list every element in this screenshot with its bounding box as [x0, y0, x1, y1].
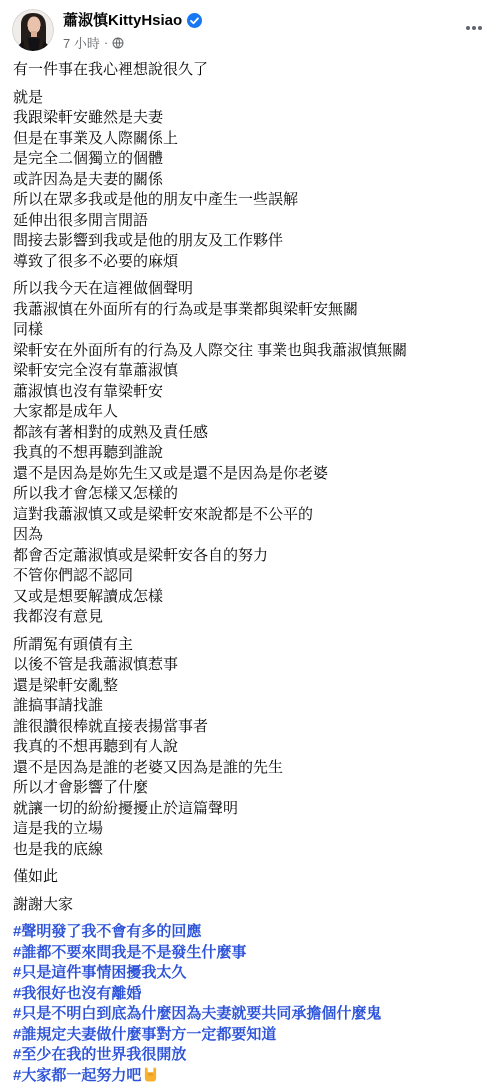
hashtag-link[interactable]: #誰規定夫妻做什麼事對方一定都要知道 [13, 1026, 276, 1043]
post-line: 間接去影響到我或是他的朋友及工作夥伴 [13, 231, 486, 252]
header-info: 蕭淑慎KittyHsiao 7 小時 · [63, 9, 202, 52]
sign-of-the-horns-icon [143, 1067, 158, 1082]
post-header: 蕭淑慎KittyHsiao 7 小時 · [0, 0, 500, 52]
post-line: 延伸出很多閒言閒語 [13, 211, 486, 232]
hashtag-line: #只是不明白到底為什麼因為夫妻就要共同承擔個什麼鬼 [13, 1004, 486, 1025]
hashtag-line: #至少在我的世界我很開放 [13, 1045, 486, 1066]
hashtag-link[interactable]: #只是不明白到底為什麼因為夫妻就要共同承擔個什麼鬼 [13, 1005, 381, 1022]
hashtag-link[interactable]: #至少在我的世界我很開放 [13, 1046, 186, 1063]
post-line: 所以才會影響了什麼 [13, 778, 486, 799]
hashtag-link[interactable]: #聲明發了我不會有多的回應 [13, 923, 201, 940]
post-line: 有一件事在我心裡想說很久了 [13, 60, 486, 81]
post-line: 同樣 [13, 320, 486, 341]
post-line: 或許因為是夫妻的關係 [13, 170, 486, 191]
post-paragraph: 僅如此 [13, 867, 486, 888]
post-line: 不管你們認不認同 [13, 566, 486, 587]
post-line: 僅如此 [13, 867, 486, 888]
post-line: 所以我才會怎樣又怎樣的 [13, 484, 486, 505]
profile-avatar[interactable] [12, 9, 54, 51]
hashtag-link[interactable]: #我很好也沒有離婚 [13, 985, 141, 1002]
ellipsis-more-icon [464, 18, 484, 38]
post-line: 梁軒安在外面所有的行為及人際交往 事業也與我蕭淑慎無關 [13, 341, 486, 362]
post-line: 導致了很多不必要的麻煩 [13, 252, 486, 273]
post-line: 都該有著相對的成熟及責任感 [13, 423, 486, 444]
post-line: 還不是因為是誰的老婆又因為是誰的先生 [13, 758, 486, 779]
post-line: 也是我的底線 [13, 840, 486, 861]
post-line: 所謂冤有頭債有主 [13, 635, 486, 656]
hashtag-block: #聲明發了我不會有多的回應 #誰都不要來問我是不是發生什麼事 #只是這件事情困擾… [0, 922, 500, 1086]
post-line: 這是我的立場 [13, 819, 486, 840]
post-line: 蕭淑慎也沒有靠梁軒安 [13, 382, 486, 403]
profile-name[interactable]: 蕭淑慎KittyHsiao [63, 11, 182, 30]
hashtag-line: #大家都一起努力吧 [13, 1066, 486, 1087]
post-paragraph: 謝謝大家 [13, 895, 486, 916]
post-line: 都會否定蕭淑慎或是梁軒安各自的努力 [13, 546, 486, 567]
post-line: 還是梁軒安亂整 [13, 676, 486, 697]
post-line: 大家都是成年人 [13, 402, 486, 423]
hashtag-line: #只是這件事情困擾我太久 [13, 963, 486, 984]
post-line: 又或是想要解讀成怎樣 [13, 587, 486, 608]
post-line: 我都沒有意見 [13, 607, 486, 628]
post-line: 所以我今天在這裡做個聲明 [13, 279, 486, 300]
name-row: 蕭淑慎KittyHsiao [63, 11, 202, 30]
hashtag-link[interactable]: #誰都不要來問我是不是發生什麼事 [13, 944, 246, 961]
post-paragraph: 所以我今天在這裡做個聲明我蕭淑慎在外面所有的行為或是事業都與梁軒安無關同樣梁軒安… [13, 279, 486, 628]
hashtag-line: #誰規定夫妻做什麼事對方一定都要知道 [13, 1025, 486, 1046]
post-line: 就是 [13, 88, 486, 109]
post-line: 但是在事業及人際關係上 [13, 129, 486, 150]
globe-public-icon [112, 37, 124, 49]
post-line: 我真的不想再聽到誰說 [13, 443, 486, 464]
more-options-button[interactable] [461, 17, 487, 39]
post-line: 我蕭淑慎在外面所有的行為或是事業都與梁軒安無關 [13, 300, 486, 321]
post-line: 誰搞事請找誰 [13, 696, 486, 717]
post-paragraph: 有一件事在我心裡想說很久了 [13, 60, 486, 81]
post-line: 還不是因為是妳先生又或是還不是因為是你老婆 [13, 464, 486, 485]
avatar-image [12, 9, 54, 51]
meta-separator: · [104, 35, 108, 50]
post-paragraph: 就是我跟梁軒安雖然是夫妻但是在事業及人際關係上是完全二個獨立的個體或許因為是夫妻… [13, 88, 486, 273]
hashtag-line: #我很好也沒有離婚 [13, 984, 486, 1005]
post-line: 就讓一切的紛紛擾擾止於這篇聲明 [13, 799, 486, 820]
post-line: 梁軒安完全沒有靠蕭淑慎 [13, 361, 486, 382]
hashtag-link[interactable]: #只是這件事情困擾我太久 [13, 964, 186, 981]
post-line: 因為 [13, 525, 486, 546]
post-line: 我跟梁軒安雖然是夫妻 [13, 108, 486, 129]
post-text: 有一件事在我心裡想說很久了就是我跟梁軒安雖然是夫妻但是在事業及人際關係上是完全二… [0, 52, 500, 915]
post-line: 這對我蕭淑慎又或是梁軒安來說都是不公平的 [13, 505, 486, 526]
post-timestamp[interactable]: 7 小時 [63, 33, 100, 52]
post-line: 是完全二個獨立的個體 [13, 149, 486, 170]
hashtag-line: #誰都不要來問我是不是發生什麼事 [13, 943, 486, 964]
hashtag-link[interactable]: #大家都一起努力吧 [13, 1067, 141, 1084]
hashtag-line: #聲明發了我不會有多的回應 [13, 922, 486, 943]
post-paragraph: 所謂冤有頭債有主以後不管是我蕭淑慎惹事還是梁軒安亂整誰搞事請找誰誰很讚很棒就直接… [13, 635, 486, 861]
post-line: 誰很讚很棒就直接表揚當事者 [13, 717, 486, 738]
verified-badge-icon [187, 13, 202, 28]
post-meta: 7 小時 · [63, 33, 202, 52]
post-line: 以後不管是我蕭淑慎惹事 [13, 655, 486, 676]
post-line: 謝謝大家 [13, 895, 486, 916]
post-line: 所以在眾多我或是他的朋友中產生一些誤解 [13, 190, 486, 211]
post-line: 我真的不想再聽到有人說 [13, 737, 486, 758]
